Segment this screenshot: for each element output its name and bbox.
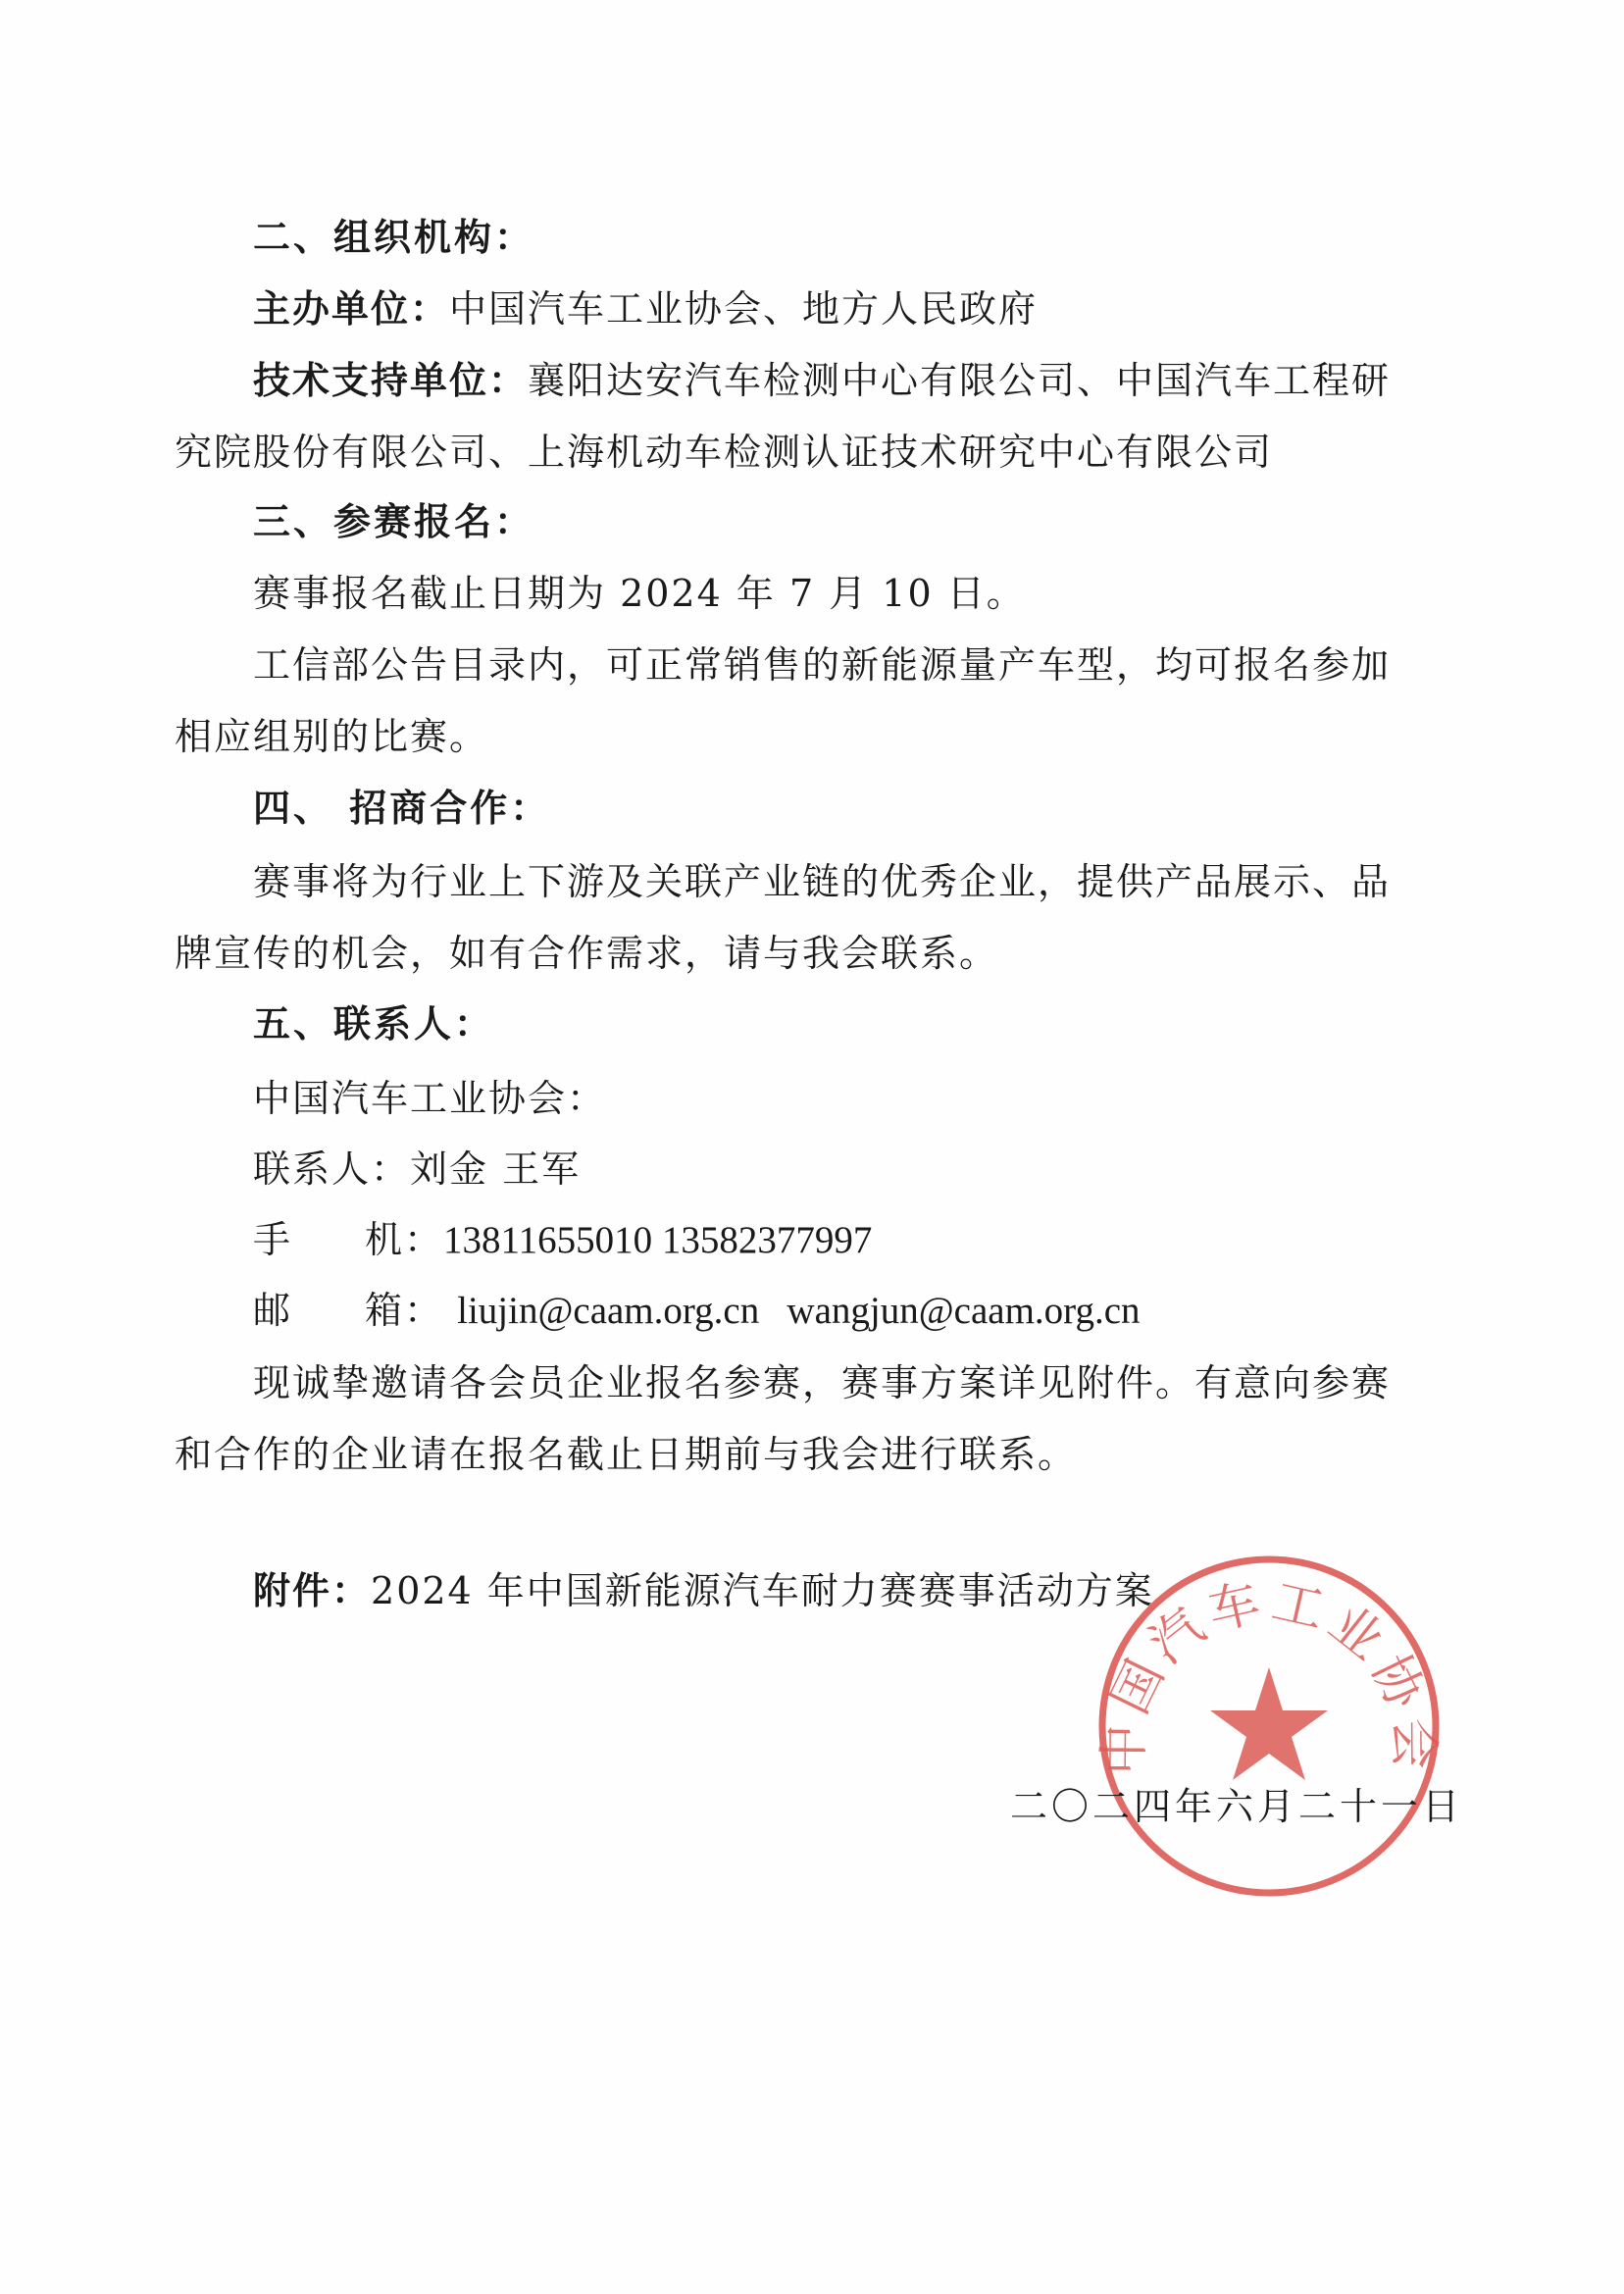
section-heading-organization: 二、组织机构： xyxy=(253,216,1548,259)
registration-deadline: 赛事报名截止日期为 2024 年 7 月 10 日。 xyxy=(253,572,1548,615)
tech-support-value: 襄阳达安汽车检测中心有限公司、中国汽车工程研 xyxy=(528,359,1391,402)
section-heading-registration: 三、参赛报名： xyxy=(253,500,1548,543)
contact-email-line: 邮箱： liujin@caam.org.cn wangjun@caam.org.… xyxy=(253,1289,1548,1333)
contact-persons-line: 联系人：刘金 王军 xyxy=(253,1147,1548,1191)
contact-phone-line: 手机：13811655010 13582377997 xyxy=(253,1218,1548,1262)
sponsorship-continuation: 牌宣传的机会，如有合作需求，请与我会联系。 xyxy=(175,932,1469,975)
contact-phones: 13811655010 13582377997 xyxy=(443,1219,872,1261)
attachment-line: 附件：2024 年中国新能源汽车耐力赛赛事活动方案 xyxy=(253,1569,1548,1612)
tech-support-continuation: 究院股份有限公司、上海机动车检测认证技术研究中心有限公司 xyxy=(175,431,1469,474)
host-unit-value: 中国汽车工业协会、地方人民政府 xyxy=(449,287,1038,331)
eligibility-text: 工信部公告目录内，可正常销售的新能源量产车型，均可报名参加 xyxy=(253,643,1548,687)
document-date: 二〇二四年六月二十一日 xyxy=(1010,1785,1463,1828)
host-unit-label: 主办单位： xyxy=(253,286,449,331)
email-label-1: 邮 xyxy=(253,1289,292,1332)
email-wangjun-link[interactable]: wangjun@caam.org.cn xyxy=(787,1290,1140,1332)
attachment-label: 附件： xyxy=(253,1568,371,1612)
star-icon xyxy=(1210,1667,1328,1780)
email-label-2: 箱： xyxy=(365,1289,443,1332)
sponsorship-text: 赛事将为行业上下游及关联产业链的优秀企业，提供产品展示、品 xyxy=(253,860,1548,903)
host-unit-line: 主办单位：中国汽车工业协会、地方人民政府 xyxy=(253,287,1548,331)
eligibility-continuation: 相应组别的比赛。 xyxy=(175,715,1469,758)
section-heading-contacts: 五、联系人： xyxy=(253,1002,1548,1045)
contact-persons: 刘金 王军 xyxy=(410,1147,581,1191)
closing-continuation: 和合作的企业请在报名截止日期前与我会进行联系。 xyxy=(175,1433,1469,1476)
phone-label-1: 手 xyxy=(253,1218,292,1261)
contact-org: 中国汽车工业协会： xyxy=(253,1077,1548,1120)
phone-label-2: 机： xyxy=(365,1218,443,1261)
email-liujin-link[interactable]: liujin@caam.org.cn xyxy=(457,1290,759,1332)
closing-text: 现诚挚邀请各会员企业报名参赛，赛事方案详见附件。有意向参赛 xyxy=(253,1361,1548,1404)
section-heading-sponsorship: 四、 招商合作： xyxy=(253,787,1548,830)
tech-support-label: 技术支持单位： xyxy=(253,358,528,402)
document-page: 二、组织机构： 主办单位：中国汽车工业协会、地方人民政府 技术支持单位：襄阳达安… xyxy=(0,0,1624,2294)
tech-support-line: 技术支持单位：襄阳达安汽车检测中心有限公司、中国汽车工程研 xyxy=(253,359,1548,402)
contact-persons-label: 联系人： xyxy=(253,1147,410,1191)
attachment-title: 2024 年中国新能源汽车耐力赛赛事活动方案 xyxy=(371,1569,1154,1612)
